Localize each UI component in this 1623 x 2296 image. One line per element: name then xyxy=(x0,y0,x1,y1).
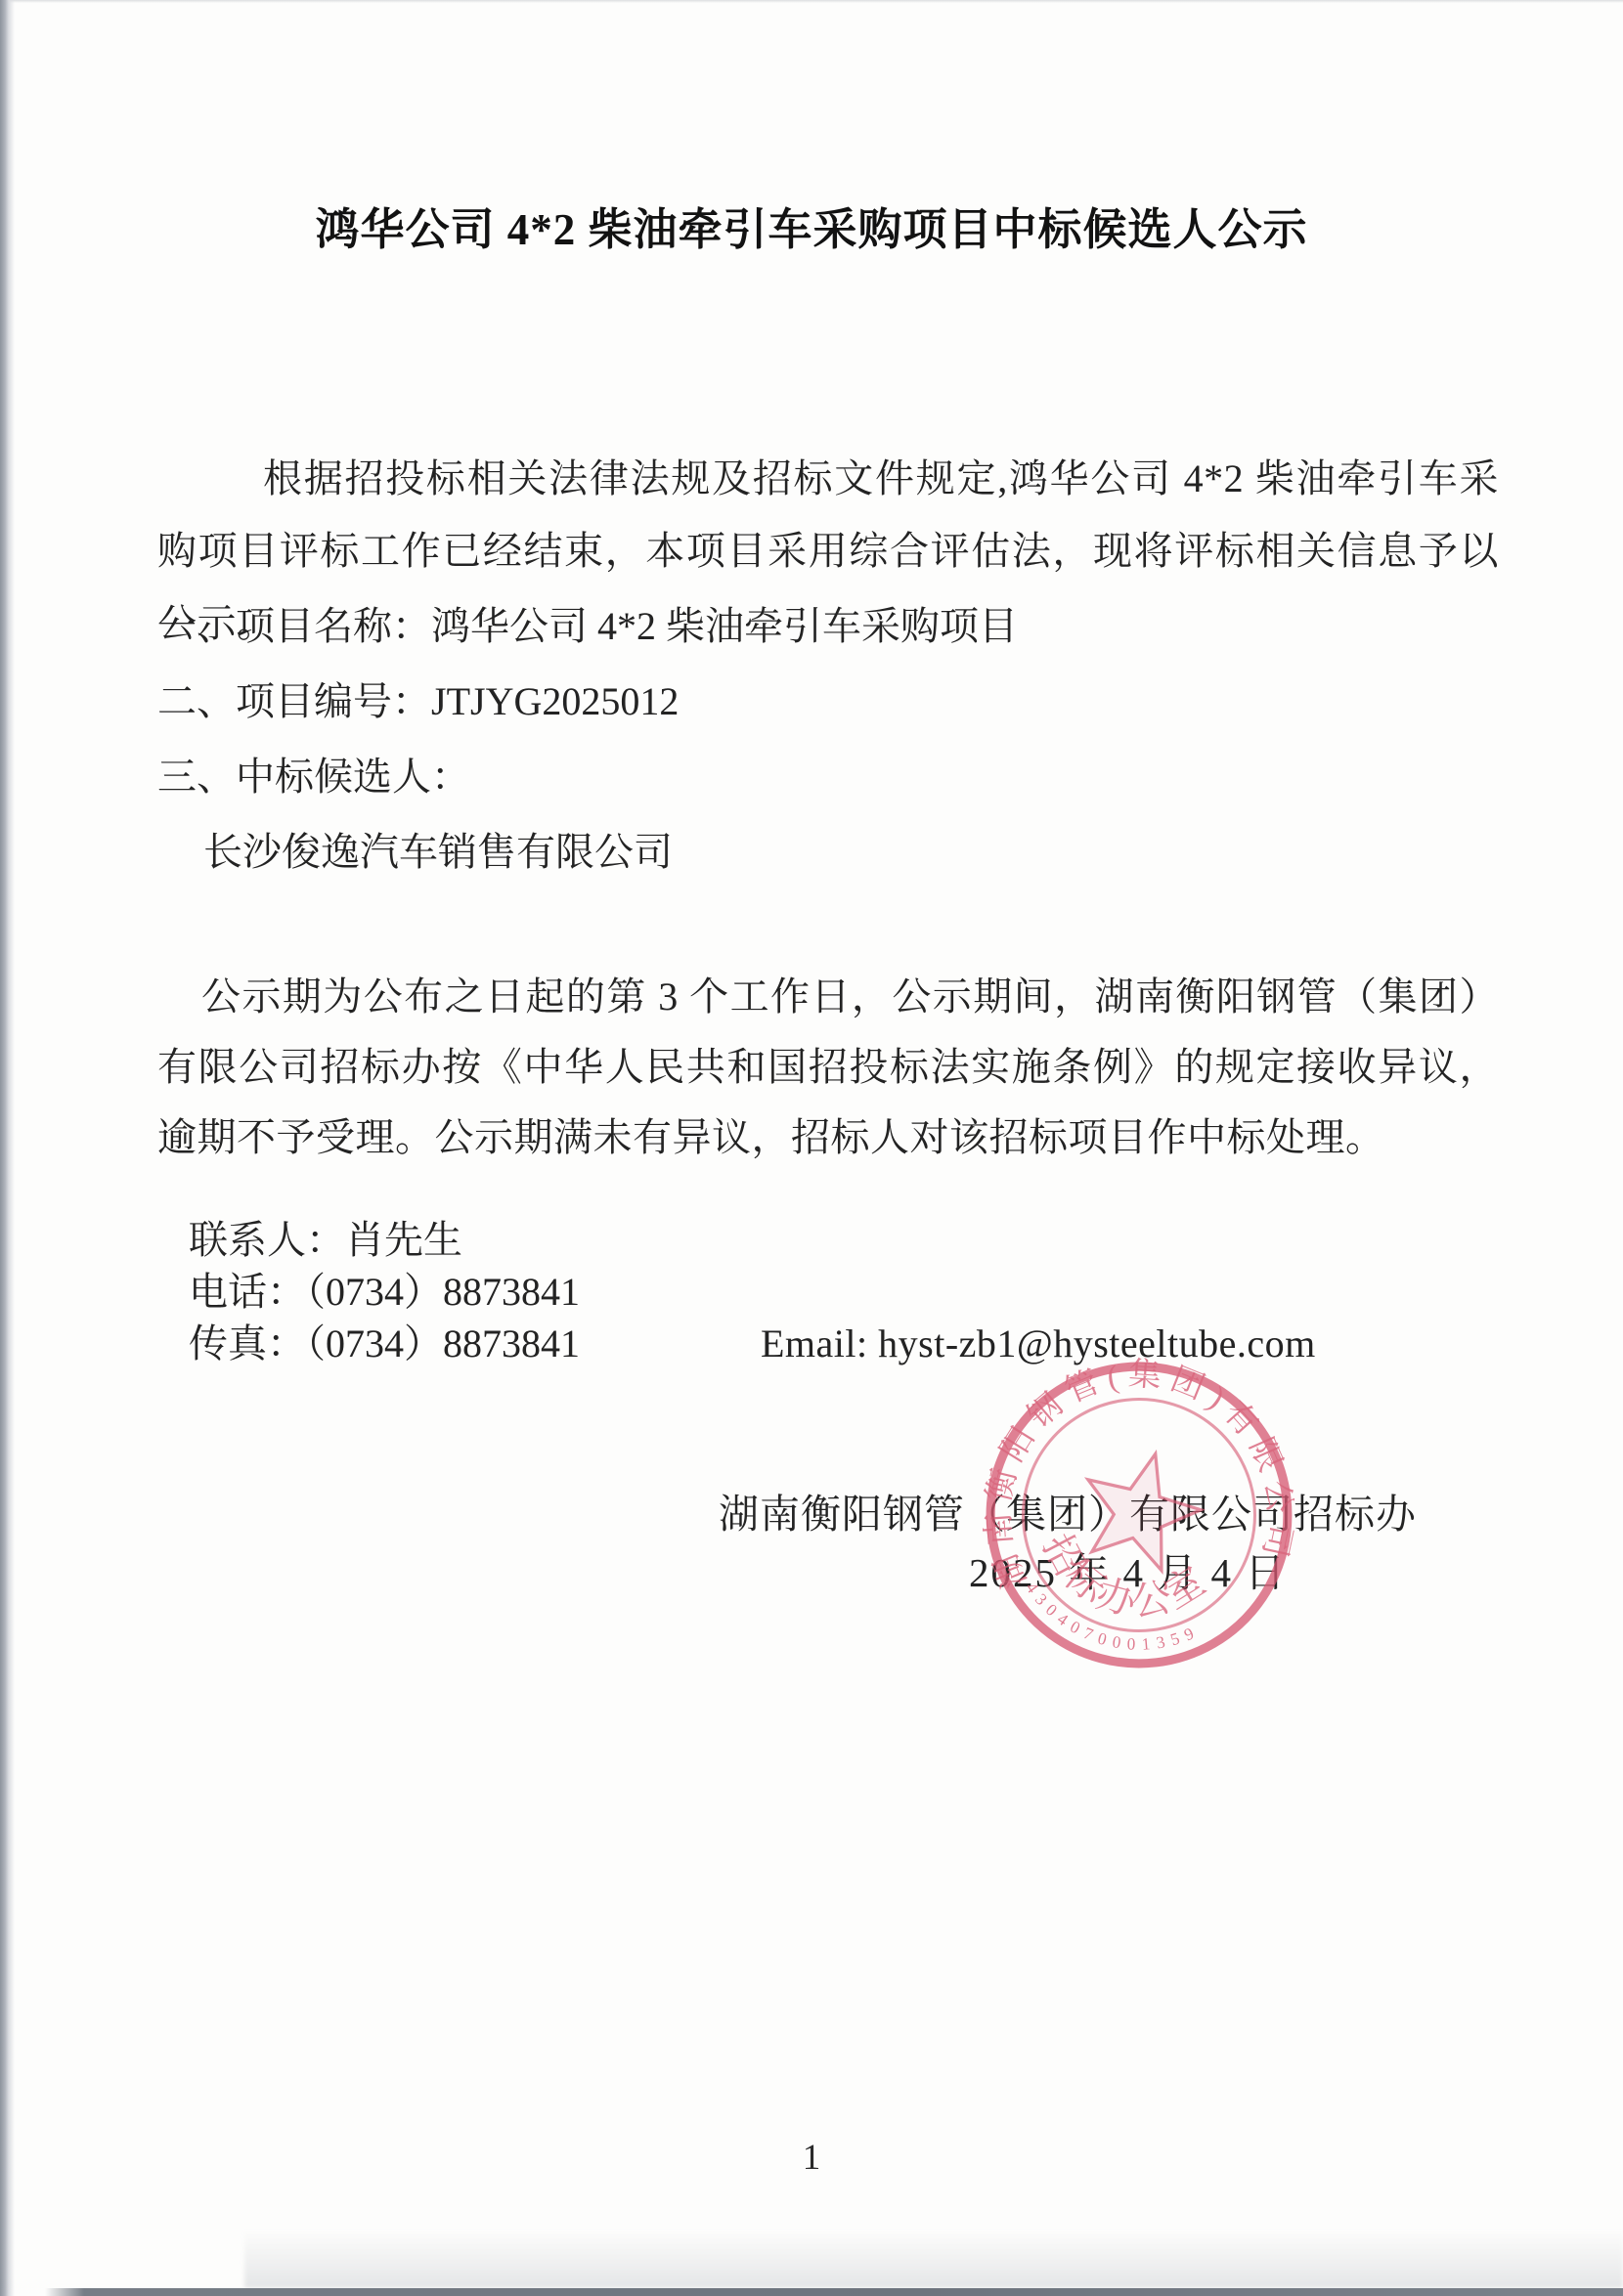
list-item-project-number: 二、项目编号：JTJYG2025012 xyxy=(157,664,1499,739)
seal-group: 湖南衡阳钢管(集团)有限公司 招标办公室 4304070001359 xyxy=(981,1357,1297,1673)
project-info-list: 一、项目名称：鸿华公司 4*2 柴油牵引车采购项目 二、项目编号：JTJYG20… xyxy=(157,588,1499,889)
notice-paragraph: 公示期为公布之日起的第 3 个工作日，公示期间，湖南衡阳钢管（集团）有限公司招标… xyxy=(157,962,1499,1173)
list-item-candidates-label: 三、中标候选人： xyxy=(157,739,1499,814)
page-number: 1 xyxy=(0,2137,1623,2179)
document-title: 鸿华公司 4*2 柴油牵引车采购项目中标候选人公示 xyxy=(0,194,1623,257)
contact-phone: 电话：（0734）8873841 xyxy=(189,1266,1499,1318)
contact-block: 联系人：肖先生 电话：（0734）8873841 传真：（0734）887384… xyxy=(189,1214,1499,1369)
contact-person: 联系人：肖先生 xyxy=(189,1214,1499,1266)
scan-edge-left xyxy=(0,0,15,2296)
document-page: 鸿华公司 4*2 柴油牵引车采购项目中标候选人公示 根据招投标相关法律法规及招标… xyxy=(0,0,1623,2296)
official-seal-stamp: 湖南衡阳钢管(集团)有限公司 招标办公室 4304070001359 xyxy=(981,1357,1297,1673)
scan-edge-bottom xyxy=(45,2288,1623,2296)
contact-fax-line: 传真：（0734）8873841 Email: hyst-zb1@hysteel… xyxy=(189,1318,1499,1369)
scan-shadow-bottom xyxy=(244,2230,1623,2288)
scan-edge-top xyxy=(0,0,1623,3)
winner-company: 长沙俊逸汽车销售有限公司 xyxy=(157,814,1499,889)
seal-star-icon xyxy=(1071,1439,1212,1577)
list-item-project-name: 一、项目名称：鸿华公司 4*2 柴油牵引车采购项目 xyxy=(157,588,1499,664)
contact-fax: 传真：（0734）8873841 xyxy=(189,1321,580,1365)
